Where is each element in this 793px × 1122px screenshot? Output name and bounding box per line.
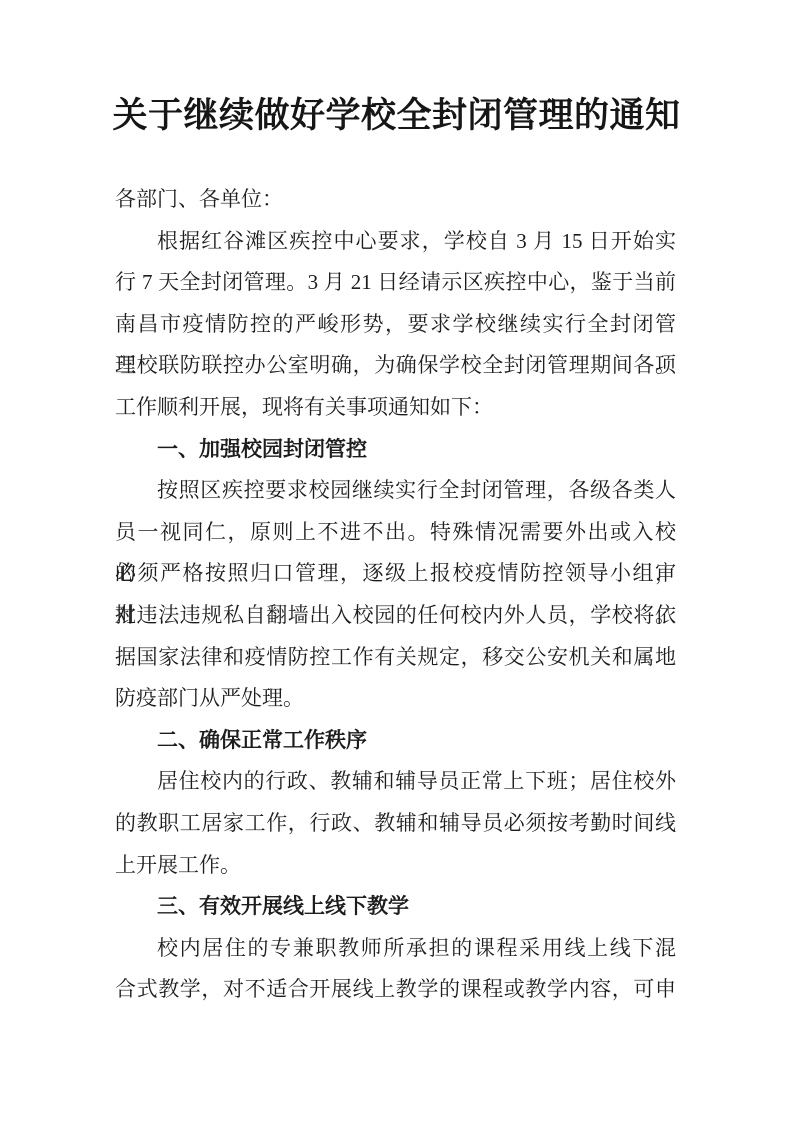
section1-line: 员一视同仁，原则上不进不出。特殊情况需要外出或入校的， <box>115 512 676 554</box>
section3-line: 合式教学，对不适合开展线上教学的课程或教学内容，可申 <box>115 969 676 1011</box>
section1-line: 对违法违规私自翻墙出入校园的任何校内外人员，学校将依 <box>115 595 676 637</box>
section1-line: 据国家法律和疫情防控工作有关规定，移交公安机关和属地 <box>115 637 676 679</box>
section2-line: 上开展工作。 <box>115 845 676 887</box>
section3-heading: 三、有效开展线上线下教学 <box>115 886 676 928</box>
section1-heading: 一、加强校园封闭管控 <box>115 429 676 471</box>
section2-heading: 二、确保正常工作秩序 <box>115 720 676 762</box>
intro-line: 工作顺利开展，现将有关事项通知如下： <box>115 387 676 429</box>
intro-line: 三校联防联控办公室明确，为确保学校全封闭管理期间各项 <box>115 345 676 387</box>
document-title: 关于继续做好学校全封闭管理的通知 <box>0 90 793 142</box>
document-page: 关于继续做好学校全封闭管理的通知 各部门、各单位： 根据红谷滩区疾控中心要求，学… <box>0 0 793 1122</box>
document-body: 各部门、各单位： 根据红谷滩区疾控中心要求，学校自 3 月 15 日开始实 行 … <box>115 179 676 1011</box>
intro-line: 南昌市疫情防控的严峻形势，要求学校继续实行全封闭管理。 <box>115 304 676 346</box>
salutation: 各部门、各单位： <box>115 179 676 221</box>
section3-line: 校内居住的专兼职教师所承担的课程采用线上线下混 <box>115 928 676 970</box>
section1-line: 防疫部门从严处理。 <box>115 678 676 720</box>
section1-line: 按照区疾控要求校园继续实行全封闭管理，各级各类人 <box>115 470 676 512</box>
section2-line: 的教职工居家工作，行政、教辅和辅导员必须按考勤时间线 <box>115 803 676 845</box>
section1-line: 必须严格按照归口管理，逐级上报校疫情防控领导小组审批。 <box>115 553 676 595</box>
section2-line: 居住校内的行政、教辅和辅导员正常上下班；居住校外 <box>115 761 676 803</box>
intro-line: 根据红谷滩区疾控中心要求，学校自 3 月 15 日开始实 <box>115 221 676 263</box>
intro-line: 行 7 天全封闭管理。3 月 21 日经请示区疾控中心，鉴于当前 <box>115 262 676 304</box>
